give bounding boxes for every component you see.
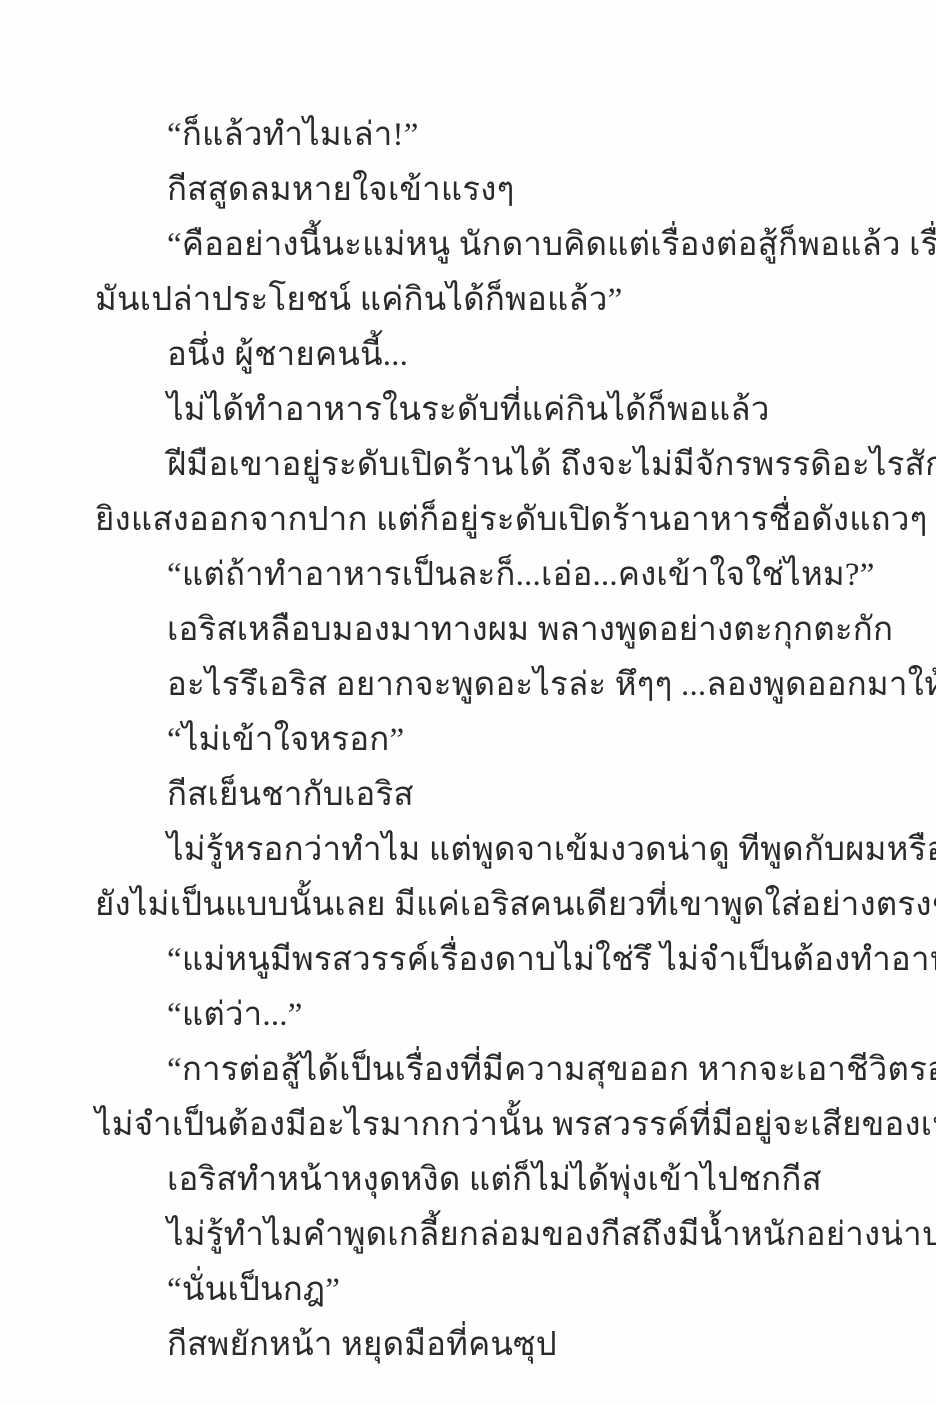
text-line: “ก็แล้วทำไมเล่า!”	[95, 108, 863, 163]
text-line: เอริสทำหน้าหงุดหงิด แต่ก็ไม่ได้พุ่งเข้าไ…	[95, 1153, 863, 1208]
text-line: กีสเย็นชากับเอริส	[95, 768, 863, 823]
text-line: “แม่หนูมีพรสวรรค์เรื่องดาบไม่ใช่รึ ไม่จำ…	[95, 933, 863, 988]
text-line: ไม่รู้หรอกว่าทำไม แต่พูดจาเข้มงวดน่าดู ท…	[95, 823, 863, 878]
text-line: ฝีมือเขาอยู่ระดับเปิดร้านได้ ถึงจะไม่มีจ…	[95, 438, 863, 493]
text-line: ไม่ได้ทำอาหารในระดับที่แค่กินได้ก็พอแล้ว	[95, 383, 863, 438]
text-line: “คืออย่างนี้นะแม่หนู นักดาบคิดแต่เรื่องต…	[95, 218, 863, 273]
page-text-block: “ก็แล้วทำไมเล่า!”กีสสูดลมหายใจเข้าแรงๆ“ค…	[95, 108, 863, 1373]
text-line: กีสสูดลมหายใจเข้าแรงๆ	[95, 163, 863, 218]
text-line: ยิงแสงออกจากปาก แต่ก็อยู่ระดับเปิดร้านอา…	[95, 493, 863, 548]
text-line: “แต่ว่า...”	[95, 988, 863, 1043]
text-line: “การต่อสู้ได้เป็นเรื่องที่มีความสุขออก ห…	[95, 1043, 863, 1098]
text-line: เอริสเหลือบมองมาทางผม พลางพูดอย่างตะกุกต…	[95, 603, 863, 658]
text-line: ยังไม่เป็นแบบนั้นเลย มีแค่เอริสคนเดียวที…	[95, 878, 863, 933]
text-line: “แต่ถ้าทำอาหารเป็นละก็...เอ่อ...คงเข้าใจ…	[95, 548, 863, 603]
text-line: “ไม่เข้าใจหรอก”	[95, 713, 863, 768]
text-line: อนึ่ง ผู้ชายคนนี้...	[95, 328, 863, 383]
text-line: ไม่จำเป็นต้องมีอะไรมากกว่านั้น พรสวรรค์ท…	[95, 1098, 863, 1153]
text-line: อะไรรึเอริส อยากจะพูดอะไรล่ะ หึๆๆ ...ลอง…	[95, 658, 863, 713]
book-page: “ก็แล้วทำไมเล่า!”กีสสูดลมหายใจเข้าแรงๆ“ค…	[0, 0, 936, 1405]
text-line: “นั่นเป็นกฎ”	[95, 1263, 863, 1318]
text-line: กีสพยักหน้า หยุดมือที่คนซุป	[95, 1318, 863, 1373]
text-line: ไม่รู้ทำไมคำพูดเกลี้ยกล่อมของกีสถึงมีน้ำ…	[95, 1208, 863, 1263]
text-line: มันเปล่าประโยชน์ แค่กินได้ก็พอแล้ว”	[95, 273, 863, 328]
